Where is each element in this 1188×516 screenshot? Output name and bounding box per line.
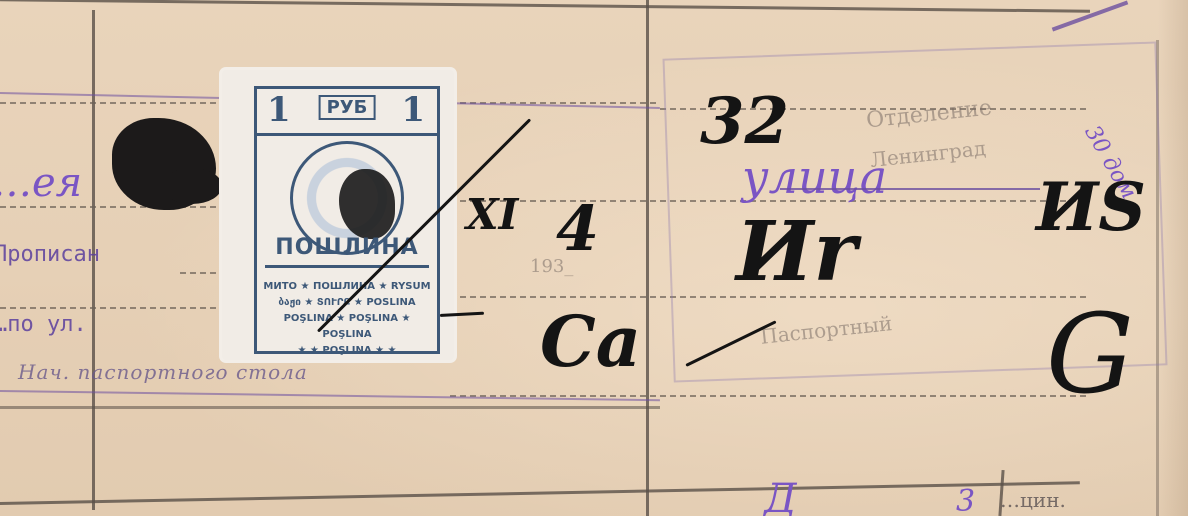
bottom-purple-mark-right: 3 xyxy=(956,484,975,516)
purple-stamp-line3: …по ул. xyxy=(0,312,87,337)
handwritten-month: XI xyxy=(466,190,518,239)
handwritten-number: 32 xyxy=(700,84,789,159)
purple-stamp-line1: …ея xyxy=(0,160,82,206)
stamp-frame: 1 РУБ 1 ПОШЛИНА МИТО ★ ПОШЛИНА ★ RYSUM ბ… xyxy=(254,86,440,354)
lower-ruled-line xyxy=(0,406,660,409)
stamp-denomination-right: 1 xyxy=(401,93,425,127)
bottom-purple-mark-left: Д xyxy=(764,476,797,516)
bottom-right-stamp-fragment: …цин. xyxy=(1000,488,1066,512)
stamp-text-line: МИТО ★ ПОШЛИНА ★ RYSUM xyxy=(261,279,433,295)
handwritten-initials-center: Иr xyxy=(736,204,857,300)
handwritten-initial-left: Ca xyxy=(540,300,641,383)
revenue-stamp: 1 РУБ 1 ПОШЛИНА МИТО ★ ПОШЛИНА ★ RYSUM ბ… xyxy=(222,70,454,360)
purple-stamp-footer: Нач. паспортного стола xyxy=(18,360,308,384)
handwritten-day: 4 xyxy=(556,192,599,265)
center-column-divider xyxy=(646,0,649,516)
dashed-line xyxy=(0,307,235,309)
handwritten-street: улица xyxy=(742,150,887,204)
stamp-denomination-left: 1 xyxy=(267,93,291,127)
stamp-multilingual-text: МИТО ★ ПОШЛИНА ★ RYSUM ბაჟი ★ ՏՈՒՐՔ ★ PO… xyxy=(261,279,433,359)
dashed-line xyxy=(0,206,235,208)
stamp-text-line: POŞLINA ★ POŞLINA ★ POŞLINA xyxy=(261,311,433,343)
stamp-divider xyxy=(257,133,437,136)
stamp-currency: РУБ xyxy=(319,95,376,120)
purple-stamp-line2: Прописан xyxy=(0,242,100,267)
handwritten-initials-right: ИS xyxy=(1036,168,1146,246)
handwritten-curve: G xyxy=(1046,290,1134,418)
stamp-text-line: ★ ★ POŞLINA ★ ★ xyxy=(261,343,433,359)
purple-underline xyxy=(780,188,1040,190)
stamp-title: ПОШЛИНА xyxy=(265,235,429,268)
